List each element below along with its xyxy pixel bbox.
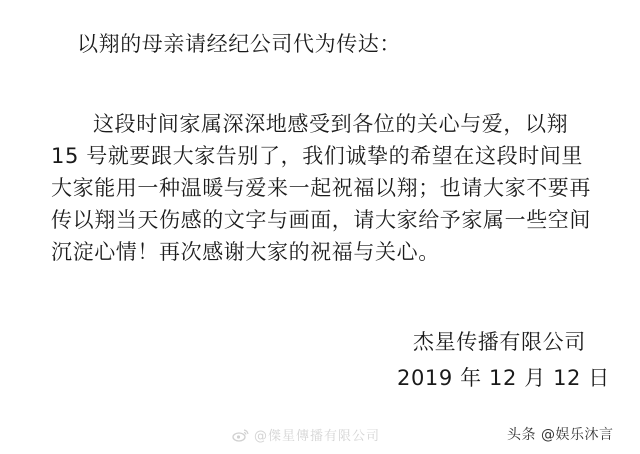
signature-company: 杰星传播有限公司: [413, 330, 586, 354]
body-line-3: 大家能用一种温暖与爱来一起祝福以翔；也请大家不要再: [51, 176, 591, 200]
body-line-4: 传以翔当天伤感的文字与画面，请大家给予家属一些空间: [51, 208, 591, 232]
body-line-5: 沉淀心情！再次感谢大家的祝福与关心。: [51, 240, 440, 264]
source-tag: 头条 @娱乐沐言: [507, 424, 613, 444]
statement-heading: 以翔的母亲请经纪公司代为传达：: [77, 32, 401, 56]
body-line-1: 这段时间家属深深地感受到各位的关心与爱，以翔: [93, 112, 568, 136]
weibo-watermark: @傑星傳播有限公司: [232, 425, 380, 444]
weibo-icon: [232, 428, 250, 442]
body-line-2: 15 号就要跟大家告别了，我们诚挚的希望在这段时间里: [51, 144, 583, 168]
signature-date: 2019 年 12 月 12 日: [397, 366, 610, 390]
watermark-text: @傑星傳播有限公司: [254, 425, 380, 444]
